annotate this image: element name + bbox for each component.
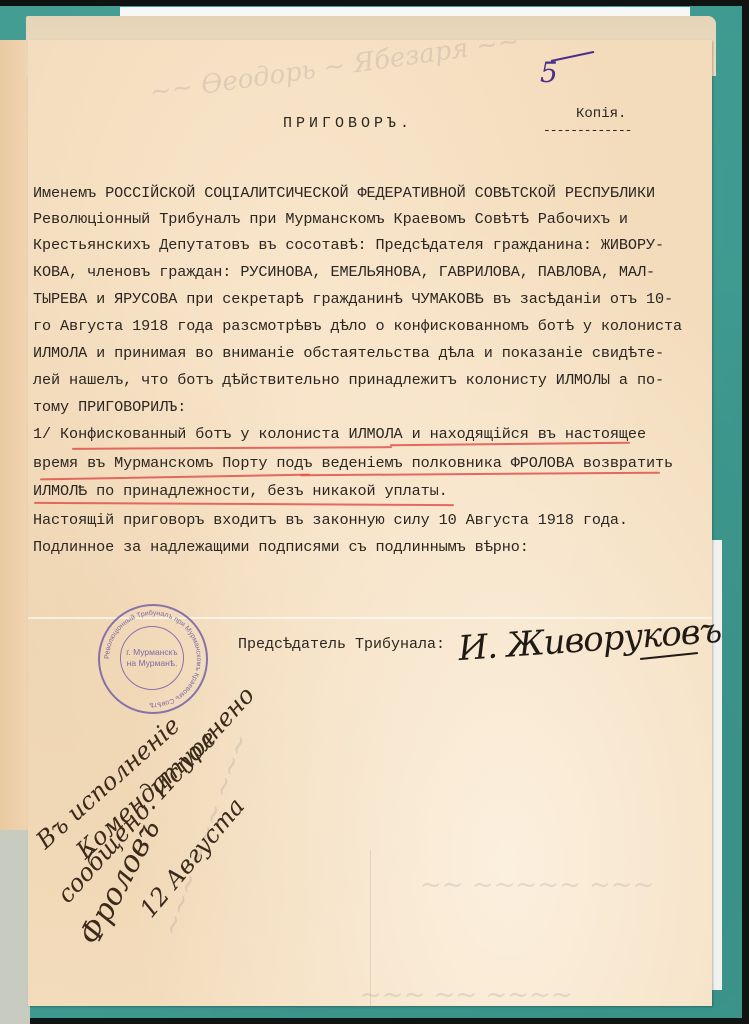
verdict-line: ИЛМОЛѢ по принадлежности, безъ никакой у… [33, 484, 448, 499]
tribunal-stamp: Революціонный Трибуналъ при Мурманскомъ … [98, 604, 208, 714]
body-line: го Августа 1918 года разсмотрѣвъ дѣло о … [33, 319, 682, 334]
stamp-center: г. Мурманскъ на Мурманѣ. [120, 626, 184, 690]
bleed-through-text: ~~~ ~~ ~~~~ [360, 980, 573, 1010]
body-line: КОВА, членовъ граждан: РУСИНОВА, ЕМЕЛЬЯН… [33, 265, 655, 280]
stamp-region: на Мурманѣ. [127, 658, 178, 669]
folder-left-flap-lower [0, 830, 30, 1024]
verdict-line: 1/ Конфискованный ботъ у колониста ИЛМОЛ… [33, 427, 646, 442]
copy-underline: ------------- [543, 123, 631, 138]
body-line: тому ПРИГОВОРИЛЪ: [33, 400, 186, 415]
document-title: ПРИГОВОРЪ. [283, 115, 413, 132]
body-line: ТЫРЕВА и ЯРУСОВА при секретарѣ гражданин… [33, 292, 673, 307]
body-line: Крестьянскихъ Депутатовъ въ сосотавѣ: Пр… [33, 238, 664, 253]
bleed-through-text: ~~ ~~~~~ ~~~ [420, 870, 654, 900]
closing-line: Настоящій приговоръ входитъ въ законную … [33, 513, 628, 528]
chairman-label: Предсѣдатель Трибунала: [238, 636, 445, 653]
underlying-white-sheet-right [712, 540, 722, 990]
copy-label: Копія. [576, 106, 626, 122]
closing-line: Подлинное за надлежащими подписями съ по… [33, 540, 529, 555]
body-line: лей нашелъ, что ботъ дѣйствительно прина… [33, 373, 664, 388]
verdict-line: время въ Мурманскомъ Порту подъ веденіем… [33, 456, 673, 471]
body-line: ИЛМОЛА и принимая во вниманіе обстаятель… [33, 346, 664, 361]
body-line: Революціонный Трибуналъ при Мурманскомъ … [33, 212, 628, 227]
body-line: Именемъ РОССІЙСКОЙ СОЦІАЛИТСИЧЕСКОЙ ФЕДЕ… [33, 186, 655, 201]
stamp-city: г. Мурманскъ [126, 647, 177, 658]
